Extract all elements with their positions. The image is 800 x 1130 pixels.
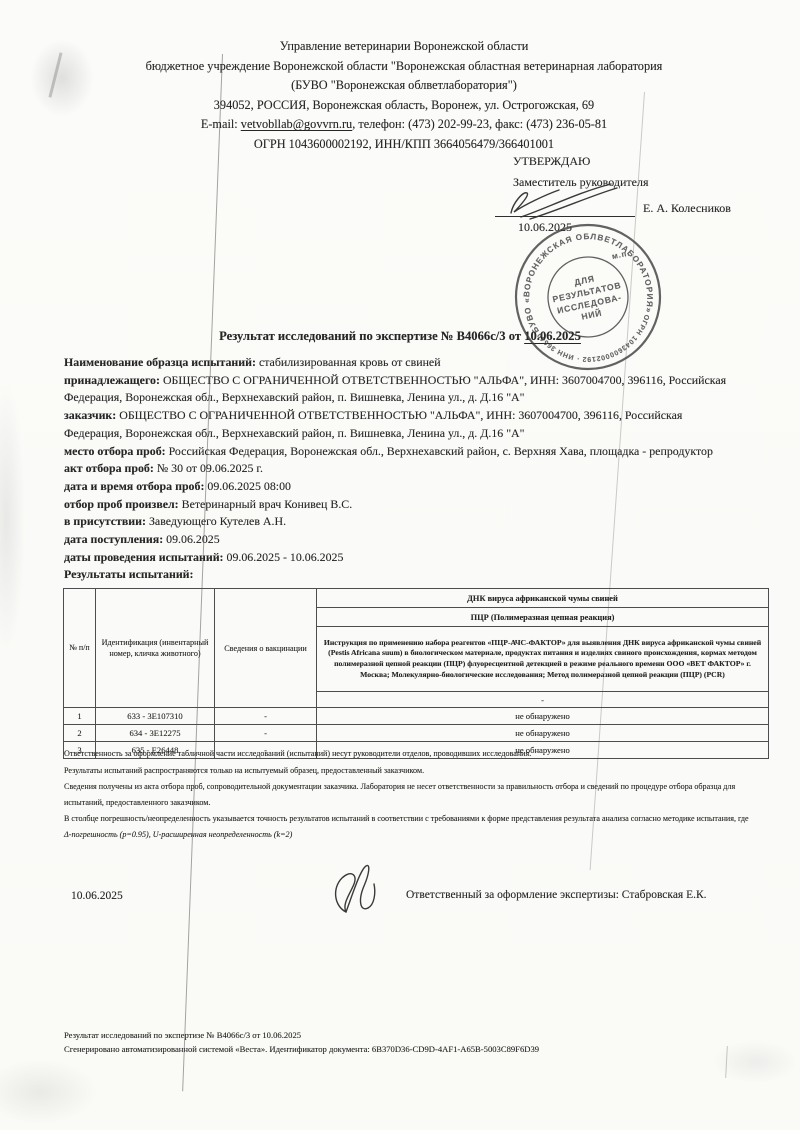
col-header-vaccination: Сведения о вакцинации (215, 589, 317, 708)
field-sampler: отбор проб произвел: Ветеринарный врач К… (64, 496, 738, 514)
org-address-line: 394052, РОССИЯ, Воронежская область, Вор… (58, 96, 750, 116)
field-sample-name: Наименование образца испытаний: стабилиз… (64, 354, 738, 372)
disclaimer-4: В столбце погрешность/неопределенность у… (64, 811, 754, 842)
stamp-inner-line4: НИЙ (580, 307, 603, 322)
org-ogrn-line: ОГРН 1043600002192, ИНН/КПП 3664056479/3… (58, 135, 750, 155)
unit-row-cell: - (317, 692, 769, 708)
row-id: 634 - 3Е12275 (96, 725, 215, 742)
field-receipt-date: дата поступления: 09.06.2025 (64, 531, 738, 549)
table-row: 2 634 - 3Е12275 - не обнаружено (64, 725, 769, 742)
disclaimer-section: Ответственность за оформление табличной … (64, 746, 754, 844)
stamp-inner-line1: ДЛЯ (573, 273, 595, 287)
field-results-heading: Результаты испытаний: (64, 566, 738, 584)
stamp-mp-mark: м.п. (611, 248, 631, 261)
org-name-line: бюджетное учреждение Воронежской области… (58, 57, 750, 77)
field-sampling-act: акт отбора проб: № 30 от 09.06.2025 г. (64, 460, 738, 478)
field-sampling-place: место отбора проб: Российская Федерация,… (64, 443, 738, 461)
results-table: № п/п Идентификация (инвентарный номер, … (63, 588, 769, 759)
method-name-cell: ПЦР (Полимеразная цепная реакция) (317, 608, 769, 627)
field-test-dates: даты проведения испытаний: 09.06.2025 - … (64, 549, 738, 567)
stamp-inner-line2: РЕЗУЛЬТАТОВ (552, 280, 623, 304)
email-label: E-mail: (201, 117, 238, 131)
disclaimer-3: Сведения получены из акта отбора проб, с… (64, 779, 754, 810)
footer-expertise-line: Результат исследований по экспертизе № В… (64, 1029, 764, 1043)
disclaimer-1: Ответственность за оформление табличной … (64, 746, 754, 762)
field-sampling-datetime: дата и время отбора проб: 09.06.2025 08:… (64, 478, 738, 496)
document-title: Результат исследований по экспертизе № В… (0, 329, 800, 344)
scanned-document-page: Управление ветеринарии Воронежской облас… (0, 0, 800, 1130)
uncertainty-formula: Δ-погрешность (p=0.95), U-расширенная не… (64, 830, 292, 839)
row-id: 633 - 3Е107310 (96, 708, 215, 725)
signoff-block: 10.06.2025 Ответственный за оформление э… (0, 860, 800, 940)
col-header-num: № п/п (64, 589, 96, 708)
row-result: не обнаружено (317, 708, 769, 725)
responsible-person-line: Ответственный за оформление экспертизы: … (406, 889, 786, 901)
responsible-signature (322, 860, 386, 926)
table-row: 1 633 - 3Е107310 - не обнаружено (64, 708, 769, 725)
test-name-cell: ДНК вируса африканской чумы свиней (317, 589, 769, 608)
organization-header: Управление ветеринарии Воронежской облас… (58, 37, 750, 155)
footer-generated-line: Сгенерировано автоматизированной системо… (64, 1043, 764, 1057)
field-owner: принадлежащего: ОБЩЕСТВО С ОГРАНИЧЕННОЙ … (64, 372, 738, 407)
approval-date: 10.06.2025 (518, 220, 572, 235)
org-contacts-line: E-mail: vetvobllab@govvrn.ru, телефон: (… (58, 115, 750, 135)
disclaimer-2: Результаты испытаний распространяются то… (64, 763, 754, 779)
org-authority-line: Управление ветеринарии Воронежской облас… (58, 37, 750, 57)
sample-info-section: Наименование образца испытаний: стабилиз… (64, 354, 738, 584)
method-details-cell: Инструкция по применению набора реагенто… (317, 627, 769, 692)
stamp-inner-line3: ИССЛЕДОВА- (556, 292, 622, 315)
row-num: 1 (64, 708, 96, 725)
email-address: vetvobllab@govvrn.ru (241, 117, 352, 131)
field-customer: заказчик: ОБЩЕСТВО С ОГРАНИЧЕННОЙ ОТВЕТС… (64, 407, 738, 442)
signoff-date: 10.06.2025 (71, 890, 123, 902)
approval-block: УТВЕРЖДАЮ Заместитель руководителя Е. А.… (495, 154, 795, 249)
field-witness: в присутствии: Заведующего Кутелев А.Н. (64, 513, 738, 531)
row-vaccination: - (215, 708, 317, 725)
phone-fax: , телефон: (473) 202-99-23, факс: (473) … (352, 117, 607, 131)
row-result: не обнаружено (317, 725, 769, 742)
col-header-identification: Идентификация (инвентарный номер, кличка… (96, 589, 215, 708)
row-vaccination: - (215, 725, 317, 742)
signature-line (495, 216, 635, 217)
title-text: Результат исследований по экспертизе № В… (219, 329, 524, 343)
approve-word: УТВЕРЖДАЮ (513, 154, 590, 169)
org-short-name-line: (БУВО "Воронежская облветлаборатория") (58, 76, 750, 96)
document-footer: Результат исследований по экспертизе № В… (64, 1029, 764, 1056)
row-num: 2 (64, 725, 96, 742)
approver-name: Е. А. Колесников (643, 201, 731, 216)
title-date: 10.06.2025 (524, 329, 581, 343)
